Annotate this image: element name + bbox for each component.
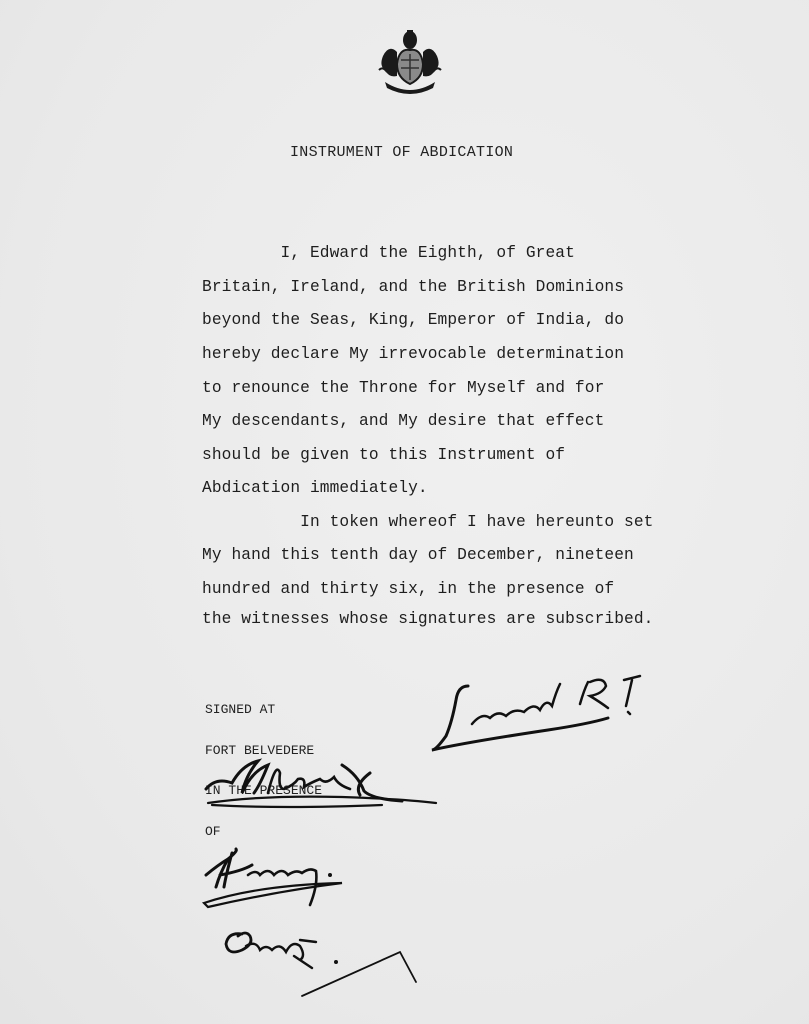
- body-line: hundred and thirty six, in the presence …: [202, 580, 614, 598]
- royal-coat-of-arms-icon: [375, 26, 445, 98]
- signature-george: [220, 926, 420, 1006]
- signed-line: SIGNED AT: [205, 703, 322, 717]
- body-line: should be given to this Instrument of: [202, 446, 565, 464]
- body-line: I, Edward the Eighth, of Great: [202, 244, 575, 262]
- body-line: Abdication immediately.: [202, 479, 428, 497]
- body-line: In token whereof I have hereunto set: [202, 513, 653, 531]
- signature-albert: [202, 755, 442, 815]
- body-line: to renounce the Throne for Myself and fo…: [202, 379, 604, 397]
- body-line: Britain, Ireland, and the British Domini…: [202, 278, 624, 296]
- body-line: hereby declare My irrevocable determinat…: [202, 345, 624, 363]
- signature-henry: [198, 845, 358, 925]
- body-line: My hand this tenth day of December, nine…: [202, 546, 634, 564]
- signature-edward: [428, 672, 653, 756]
- signed-line: OF: [205, 825, 322, 839]
- body-line: My descendants, and My desire that effec…: [202, 412, 604, 430]
- document-title: INSTRUMENT OF ABDICATION: [290, 144, 513, 161]
- body-line: beyond the Seas, King, Emperor of India,…: [202, 311, 624, 329]
- body-line: the witnesses whose signatures are subsc…: [202, 610, 653, 628]
